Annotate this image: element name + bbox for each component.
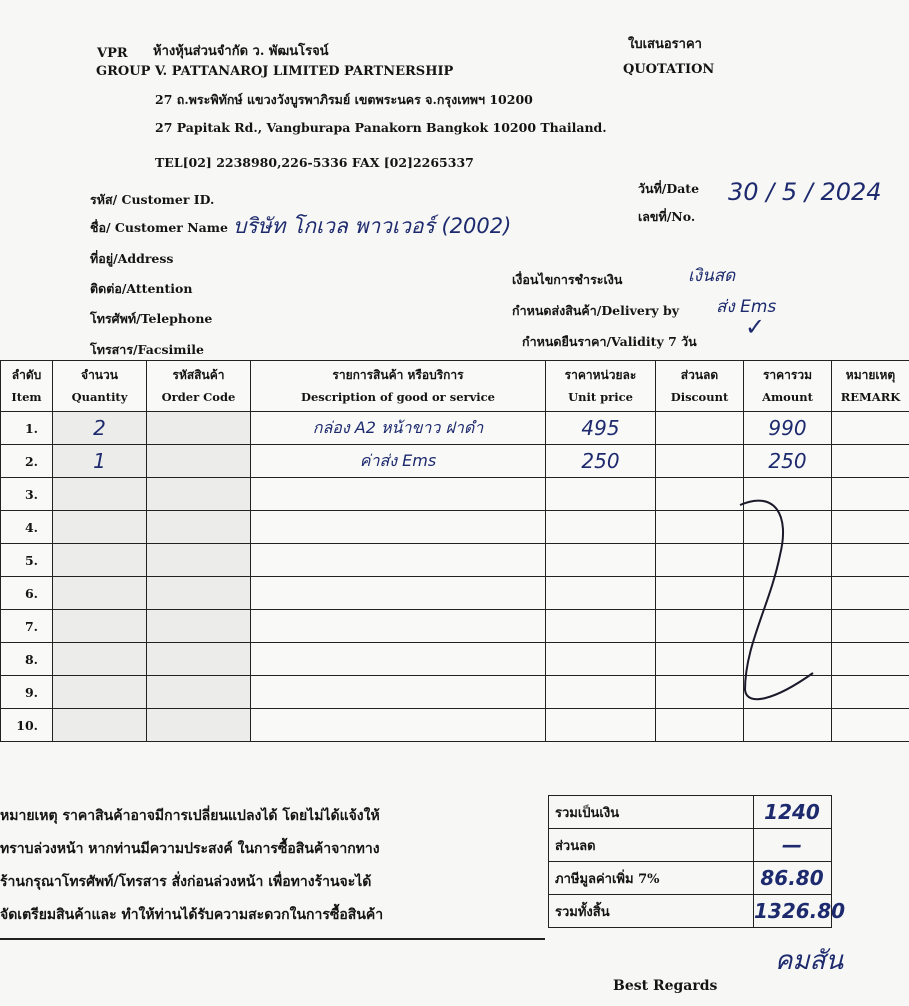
cell-remark <box>832 511 909 544</box>
customer-name-label: ชื่อ/ Customer Name <box>90 218 228 238</box>
validity-label: กำหนดยืนราคา/Validity 7 วัน <box>522 332 697 352</box>
cell-qty: 2 <box>53 412 147 445</box>
cell-unit <box>546 610 656 643</box>
document-title-th: ใบเสนอราคา <box>628 33 702 54</box>
column-header-en: Unit price <box>546 386 655 408</box>
note-line: ร้านกรุณาโทรศัพท์/โทรสาร สั่งก่อนล่วงหน้… <box>0 866 545 899</box>
column-header-en: Discount <box>656 386 743 408</box>
note-line: จัดเตรียมสินค้าและ ทำให้ท่านได้รับความสะ… <box>0 899 545 932</box>
company-contact: TEL[02] 2238980,226-5336 FAX [02]2265337 <box>155 155 474 170</box>
cell-remark <box>832 445 909 478</box>
discount-value: — <box>754 829 832 862</box>
cell-qty <box>53 577 147 610</box>
cell-unit: 495 <box>546 412 656 445</box>
cell-qty <box>53 610 147 643</box>
column-header-th: รหัสสินค้า <box>147 364 250 386</box>
cell-code <box>147 412 251 445</box>
grand-total-label: รวมทั้งสิ้น <box>549 895 754 928</box>
vat-row: ภาษีมูลค่าเพิ่ม 7% 86.80 <box>549 862 832 895</box>
cell-desc <box>251 478 546 511</box>
cell-code <box>147 511 251 544</box>
cell-qty <box>53 478 147 511</box>
cell-item: 9. <box>1 676 53 709</box>
cell-qty <box>53 643 147 676</box>
column-header: รายการสินค้า หรือบริการDescription of go… <box>251 361 546 412</box>
customer-name-value: บริษัท โกเวล พาวเวอร์ (2002) <box>233 210 511 243</box>
vat-value: 86.80 <box>754 862 832 895</box>
column-header-en: Item <box>1 386 52 408</box>
cell-item: 1. <box>1 412 53 445</box>
grand-total-value: 1326.80 <box>754 895 832 928</box>
customer-id-label: รหัส/ Customer ID. <box>90 190 214 210</box>
number-label: เลขที่/No. <box>638 207 695 227</box>
customer-telephone-label: โทรศัพท์/Telephone <box>90 309 212 329</box>
date-label: วันที่/Date <box>638 179 699 199</box>
vat-label: ภาษีมูลค่าเพิ่ม 7% <box>549 862 754 895</box>
cell-unit <box>546 643 656 676</box>
strike-through-mark <box>735 495 815 710</box>
cell-item: 2. <box>1 445 53 478</box>
discount-label: ส่วนลด <box>549 829 754 862</box>
cell-qty <box>53 709 147 742</box>
closing-text: Best Regards <box>613 978 717 994</box>
note-line: หมายเหตุ ราคาสินค้าอาจมีการเปลี่ยนแปลงได… <box>0 800 545 833</box>
notes-block: หมายเหตุ ราคาสินค้าอาจมีการเปลี่ยนแปลงได… <box>0 800 545 940</box>
cell-amount <box>744 709 832 742</box>
cell-remark <box>832 610 909 643</box>
company-name-en: GROUP V. PATTANAROJ LIMITED PARTNERSHIP <box>96 64 453 79</box>
column-header: ราคารวมAmount <box>744 361 832 412</box>
cell-discount <box>656 511 744 544</box>
cell-remark <box>832 709 909 742</box>
cell-item: 7. <box>1 610 53 643</box>
delivery-label: กำหนดส่งสินค้า/Delivery by <box>512 301 679 321</box>
customer-address-label: ที่อยู่/Address <box>90 249 173 269</box>
cell-remark <box>832 412 909 445</box>
cell-discount <box>656 709 744 742</box>
cell-discount <box>656 445 744 478</box>
column-header: หมายเหตุREMARK <box>832 361 909 412</box>
subtotal-label: รวมเป็นเงิน <box>549 796 754 829</box>
cell-item: 8. <box>1 643 53 676</box>
subtotal-value: 1240 <box>754 796 832 829</box>
customer-attention-label: ติดต่อ/Attention <box>90 279 192 299</box>
cell-item: 5. <box>1 544 53 577</box>
cell-item: 3. <box>1 478 53 511</box>
column-header-en: REMARK <box>832 386 909 408</box>
cell-unit <box>546 577 656 610</box>
column-header-th: รายการสินค้า หรือบริการ <box>251 364 545 386</box>
note-line: ทราบล่วงหน้า หากท่านมีความประสงค์ ในการซ… <box>0 833 545 866</box>
cell-desc <box>251 709 546 742</box>
cell-unit <box>546 709 656 742</box>
cell-desc <box>251 610 546 643</box>
cell-desc <box>251 643 546 676</box>
cell-remark <box>832 676 909 709</box>
cell-qty <box>53 511 147 544</box>
column-header-th: ส่วนลด <box>656 364 743 386</box>
column-header-en: Amount <box>744 386 831 408</box>
cell-amount: 250 <box>744 445 832 478</box>
cell-desc <box>251 544 546 577</box>
cell-code <box>147 577 251 610</box>
cell-discount <box>656 478 744 511</box>
cell-remark <box>832 478 909 511</box>
cell-qty <box>53 676 147 709</box>
cell-unit: 250 <box>546 445 656 478</box>
cell-unit <box>546 478 656 511</box>
cell-item: 4. <box>1 511 53 544</box>
column-header-en: Description of good or service <box>251 386 545 408</box>
discount-row: ส่วนลด — <box>549 829 832 862</box>
cell-amount: 990 <box>744 412 832 445</box>
cell-desc <box>251 676 546 709</box>
cell-item: 10. <box>1 709 53 742</box>
cell-code <box>147 610 251 643</box>
column-header-th: ราคาหน่วยละ <box>546 364 655 386</box>
column-header: ลำดับItem <box>1 361 53 412</box>
document-title-en: QUOTATION <box>623 62 714 77</box>
cell-discount <box>656 643 744 676</box>
column-header: รหัสสินค้าOrder Code <box>147 361 251 412</box>
cell-item: 6. <box>1 577 53 610</box>
cell-desc <box>251 577 546 610</box>
table-header-row: ลำดับItemจำนวนQuantityรหัสสินค้าOrder Co… <box>1 361 909 412</box>
date-value: 30 / 5 / 2024 <box>728 178 882 206</box>
cell-remark <box>832 544 909 577</box>
company-address-th: 27 ถ.พระพิทักษ์ แขวงวังบูรพาภิรมย์ เขตพร… <box>155 90 533 110</box>
cell-desc <box>251 511 546 544</box>
cell-code <box>147 643 251 676</box>
table-row: 1.2กล่อง A2 หน้าขาว ฝาดำ495990 <box>1 412 909 445</box>
cell-desc: ค่าส่ง Ems <box>251 445 546 478</box>
company-address-en: 27 Papitak Rd., Vangburapa Panakorn Bang… <box>155 120 607 135</box>
column-header-th: จำนวน <box>53 364 146 386</box>
column-header: จำนวนQuantity <box>53 361 147 412</box>
cell-remark <box>832 643 909 676</box>
column-header-th: ลำดับ <box>1 364 52 386</box>
cell-remark <box>832 577 909 610</box>
table-row: 2.1ค่าส่ง Ems250250 <box>1 445 909 478</box>
company-abbr: VPR <box>97 46 128 61</box>
column-header-th: ราคารวม <box>744 364 831 386</box>
cell-qty <box>53 544 147 577</box>
cell-code <box>147 544 251 577</box>
cell-discount <box>656 577 744 610</box>
cell-unit <box>546 676 656 709</box>
cell-discount <box>656 412 744 445</box>
payment-terms-label: เงื่อนไขการชำระเงิน <box>512 270 622 290</box>
cell-code <box>147 445 251 478</box>
subtotal-row: รวมเป็นเงิน 1240 <box>549 796 832 829</box>
customer-fax-label: โทรสาร/Facsimile <box>90 340 204 360</box>
company-name-th: ห้างหุ้นส่วนจำกัด ว. พัฒนโรจน์ <box>153 40 329 61</box>
totals-table: รวมเป็นเงิน 1240 ส่วนลด — ภาษีมูลค่าเพิ่… <box>548 795 832 928</box>
cell-code <box>147 709 251 742</box>
column-header-en: Order Code <box>147 386 250 408</box>
cell-code <box>147 676 251 709</box>
cell-desc: กล่อง A2 หน้าขาว ฝาดำ <box>251 412 546 445</box>
column-header: ส่วนลดDiscount <box>656 361 744 412</box>
column-header-th: หมายเหตุ <box>832 364 909 386</box>
validity-checkmark: ✓ <box>745 313 765 341</box>
column-header: ราคาหน่วยละUnit price <box>546 361 656 412</box>
cell-code <box>147 478 251 511</box>
column-header-en: Quantity <box>53 386 146 408</box>
cell-qty: 1 <box>53 445 147 478</box>
grand-total-row: รวมทั้งสิ้น 1326.80 <box>549 895 832 928</box>
table-row: 10. <box>1 709 909 742</box>
cell-unit <box>546 511 656 544</box>
payment-terms-value: เงินสด <box>688 262 735 289</box>
cell-discount <box>656 676 744 709</box>
signature: คมสัน <box>775 940 843 981</box>
cell-discount <box>656 544 744 577</box>
cell-unit <box>546 544 656 577</box>
cell-discount <box>656 610 744 643</box>
